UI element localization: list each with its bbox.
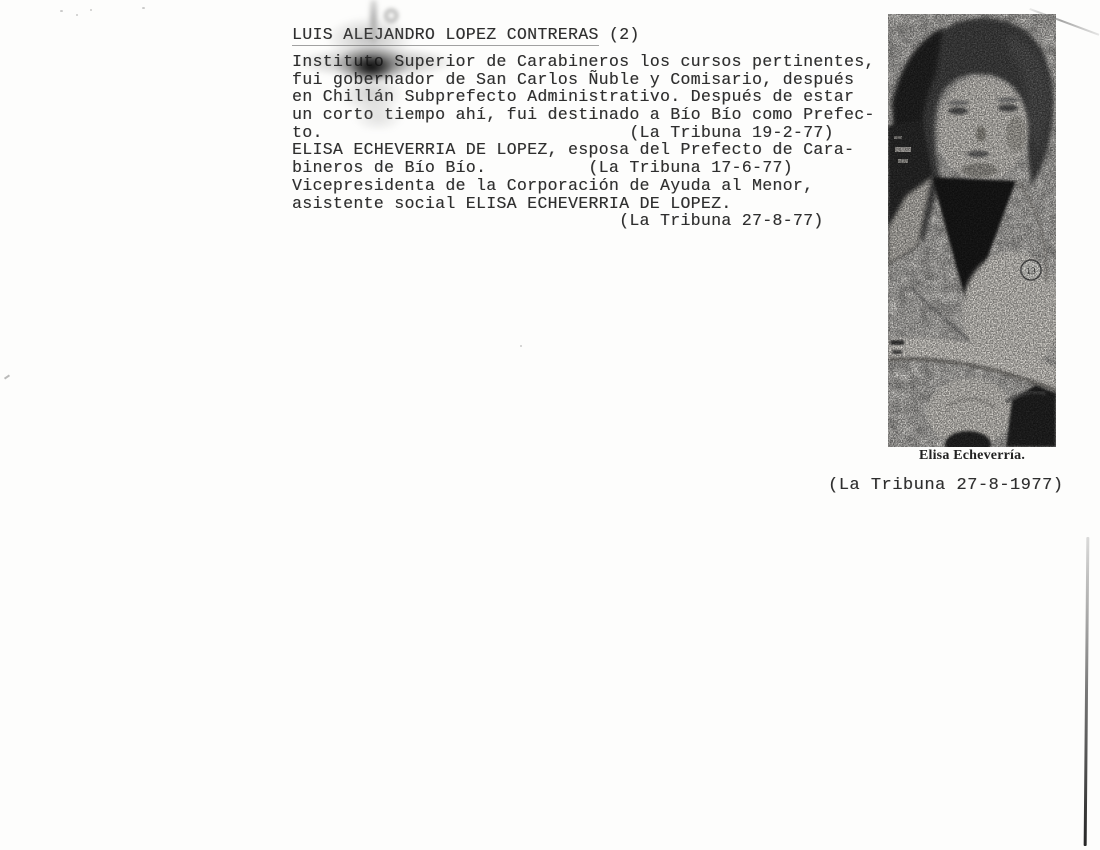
page-edge-line-artifact [1084, 537, 1089, 846]
document-text-line: ELISA ECHEVERRIA DE LOPEZ, esposa del Pr… [292, 141, 875, 159]
halftone-grain [888, 14, 1056, 447]
document-text-line: fui gobernador de San Carlos Ñuble y Com… [292, 71, 875, 89]
document-text-line: en Chillán Subprefecto Administrativo. D… [292, 88, 875, 106]
document-text-line: bineros de Bío Bío. (La Tribuna 17-6-77) [292, 159, 875, 177]
typewritten-text-block: LUIS ALEJANDRO LOPEZ CONTRERAS (2) Insti… [292, 26, 875, 230]
photo-caption: Elisa Echeverría. [888, 448, 1056, 464]
document-text-line: (La Tribuna 27-8-77) [292, 212, 875, 230]
document-title-suffix: (2) [599, 25, 640, 44]
portrait-photo-art: 13 [888, 14, 1056, 447]
scan-speck [90, 9, 92, 11]
document-text-line: Instituto Superior de Carabineros los cu… [292, 53, 875, 71]
document-text-line: to. (La Tribuna 19-2-77) [292, 124, 875, 142]
scanned-document-page: LUIS ALEJANDRO LOPEZ CONTRERAS (2) Insti… [0, 0, 1100, 850]
document-text-line: un corto tiempo ahí, fui destinado a Bío… [292, 106, 875, 124]
scan-speck [76, 14, 78, 16]
document-text-line: Vicepresidenta de la Corporación de Ayud… [292, 177, 875, 195]
newspaper-photo: 13 [888, 14, 1056, 447]
document-title-name: LUIS ALEJANDRO LOPEZ CONTRERAS [292, 25, 599, 46]
scan-speck [60, 10, 63, 12]
scan-speck [142, 7, 145, 9]
scan-speck [4, 374, 10, 379]
document-text-line: asistente social ELISA ECHEVERRIA DE LOP… [292, 195, 875, 213]
photo-source-citation: (La Tribuna 27-8-1977) [828, 476, 1063, 495]
document-body: Instituto Superior de Carabineros los cu… [292, 53, 875, 230]
document-title: LUIS ALEJANDRO LOPEZ CONTRERAS (2) [292, 26, 875, 44]
scan-speck [520, 345, 522, 347]
